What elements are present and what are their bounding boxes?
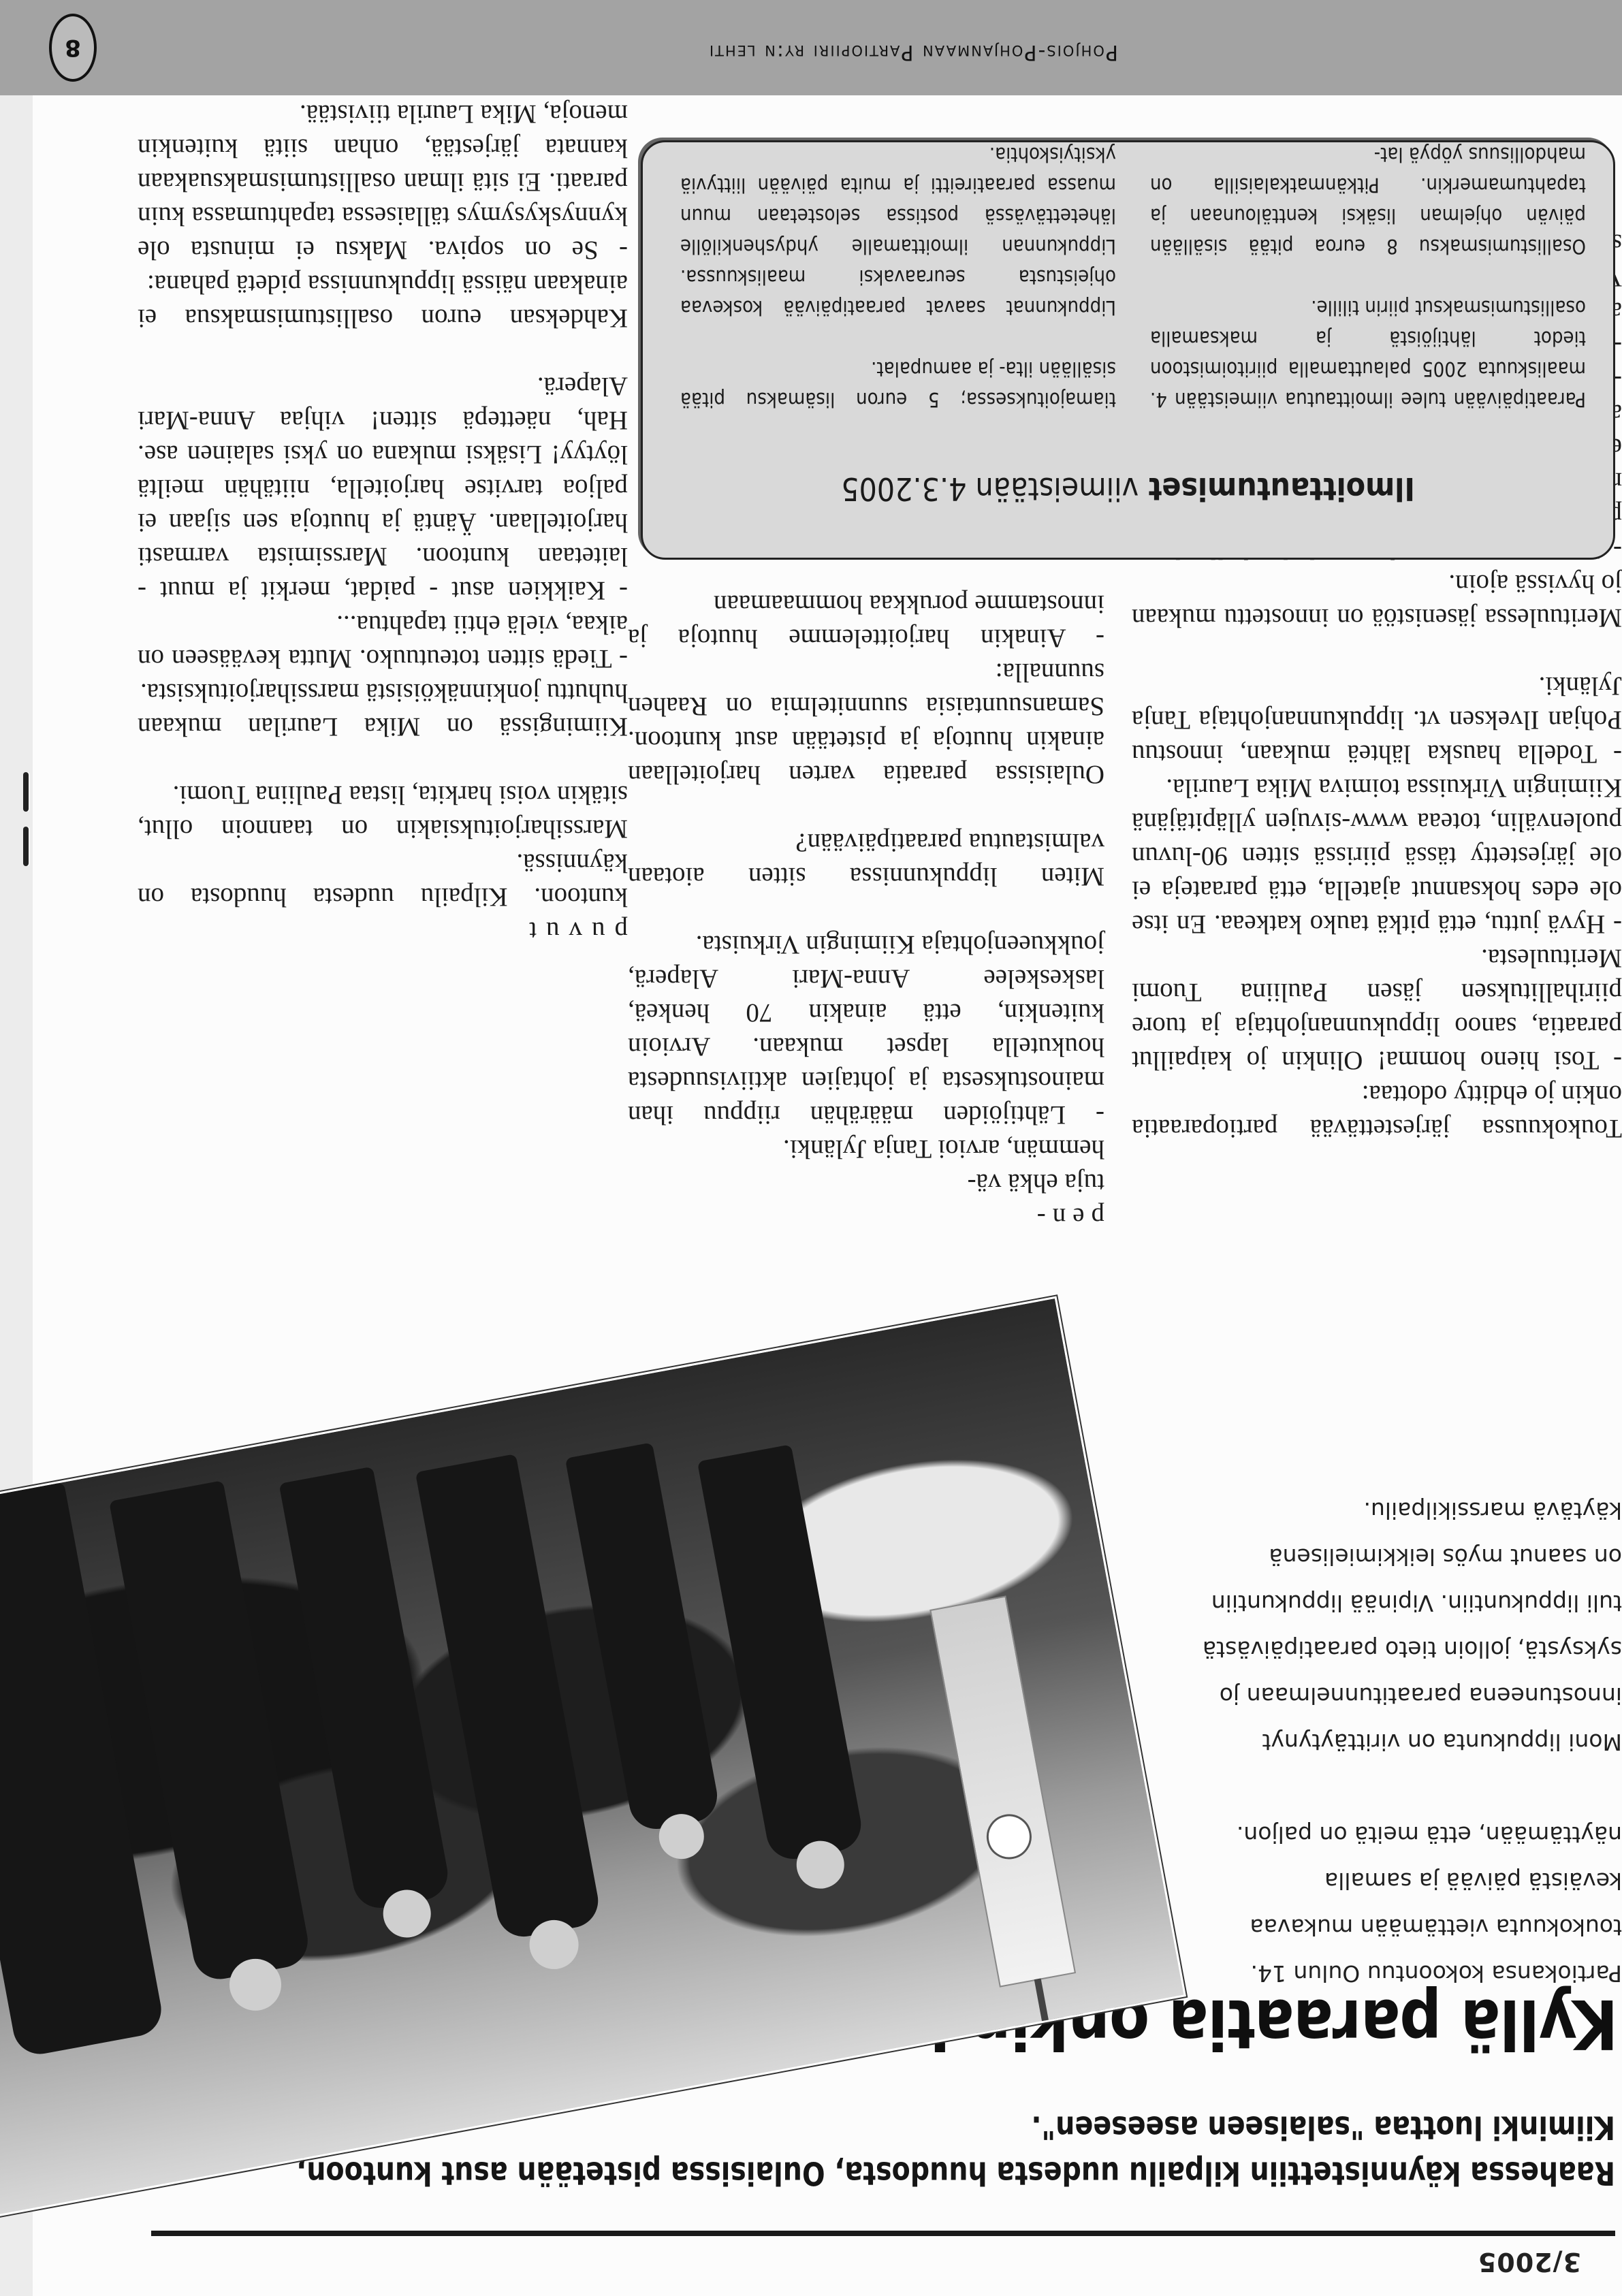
- body-paragraph: - Lähtijöiden määrähän riippuu ihan main…: [628, 927, 1104, 1132]
- church-tower-image: [929, 1595, 1076, 1987]
- staple-icon: [23, 772, 29, 812]
- parade-photo: [0, 1296, 1186, 2221]
- article-column-3: puvut kuntoon. Kilpailu uudesta huudosta…: [138, 0, 628, 948]
- body-paragraph: Merituulessa jäsenistöä on innostettu mu…: [1132, 567, 1622, 635]
- body-paragraph: - Tosi hieno homma! Olinkin jo kaipaillu…: [1132, 941, 1622, 1077]
- body-paragraph: hemmän, arvioi Tanja Jylänki.: [628, 1132, 1104, 1166]
- body-paragraph: pen-: [628, 1200, 1104, 1234]
- body-paragraph: Oulaisissa paraatia varten harjoitellaan…: [628, 655, 1104, 791]
- scout-figure: [565, 1442, 722, 1833]
- body-paragraph: puvut: [138, 914, 628, 948]
- magazine-page: 3/2005 Raahessa käynnistettiin kilpailu …: [0, 0, 1622, 2296]
- info-box-column-2: tiamajoituksessa; 5 euron lisämaksu pitä…: [680, 108, 1116, 415]
- page-number: 8: [49, 14, 97, 82]
- body-paragraph: Kahdeksan euron osallistumismaksua ei ai…: [138, 267, 628, 335]
- info-paragraph: tiamajoituksessa; 5 euron lisämaksu pitä…: [680, 353, 1116, 415]
- scout-figure: [697, 1444, 865, 1863]
- body-paragraph: tuja ehkä vä-: [628, 1166, 1104, 1200]
- intro-paragraph: Partiokansa kokoontuu Oulun 14. toukokuu…: [1200, 1811, 1622, 1996]
- info-box-title-bold: Ilmoittautumiset: [1148, 471, 1414, 507]
- info-box-title: Ilmoittautumiset viimeistään 4.3.2005: [643, 471, 1613, 507]
- clock-icon: [983, 1811, 1035, 1863]
- body-paragraph: - Kaikkien asut - paidat, merkit ja muut…: [138, 369, 628, 607]
- subhead-line-1: Raahessa käynnistettiin kilpailu uudesta…: [117, 2150, 1615, 2195]
- body-paragraph: - Ainakin harjoittelemme huutoja ja inno…: [628, 587, 1104, 655]
- body-paragraph: - Se on sopiva. Maksu ei minusta ole kyn…: [138, 97, 628, 267]
- info-paragraph: Paraatipäivään tulee ilmoittautua viimei…: [1150, 292, 1586, 415]
- issue-number: 3/2005: [1478, 2247, 1581, 2277]
- body-paragraph: kuntoon. Kilpailu uudesta huudosta on kä…: [138, 846, 628, 914]
- article-intro: Partiokansa kokoontuu Oulun 14. toukokuu…: [1200, 1441, 1622, 1996]
- header-rule: [151, 2231, 1615, 2236]
- intro-paragraph: Moni lippukunta on virittäytynyt innostu…: [1200, 1487, 1622, 1765]
- publisher-name: Pohjois-Pohjanmaan Partiopiiri ry:n leht…: [708, 40, 1118, 64]
- body-paragraph: Kiimingissä on Mika Laurilan mukaan huhu…: [138, 675, 628, 744]
- footer-band: Pohjois-Pohjanmaan Partiopiiri ry:n leht…: [0, 0, 1622, 95]
- body-paragraph: Marssiharjoituksiakin on taannoin ollut,…: [138, 778, 628, 846]
- staple-icon: [23, 827, 29, 866]
- body-paragraph: - Hyvä juttu, että pitkä tauko katkeaa. …: [1132, 771, 1622, 941]
- body-paragraph: - Tiedä sitten toteutuuko. Mutta kevääse…: [138, 607, 628, 675]
- body-paragraph: - Todella hauska lähteä mukaan, innostuu…: [1132, 669, 1622, 771]
- info-paragraph: Osallistumismaksu 8 euroa pitää sisällää…: [1150, 139, 1586, 261]
- body-paragraph: Miten lippukunnissa sitten aiotaan valmi…: [628, 825, 1104, 893]
- info-box-column-1: Paraatipäivään tulee ilmoittautua viimei…: [1150, 108, 1586, 415]
- article-column-2: pen- tuja ehkä vä- hemmän, arvioi Tanja …: [628, 587, 1104, 1234]
- registration-info-box: Ilmoittautumiset viimeistään 4.3.2005 Pa…: [641, 140, 1615, 560]
- info-paragraph: Lippukunnat saavat paraatipäivää koskeva…: [680, 139, 1116, 323]
- body-paragraph: Toukokuussa järjestettävää partioparaati…: [1132, 1077, 1622, 1145]
- info-box-title-deadline: viimeistään 4.3.2005: [841, 471, 1139, 507]
